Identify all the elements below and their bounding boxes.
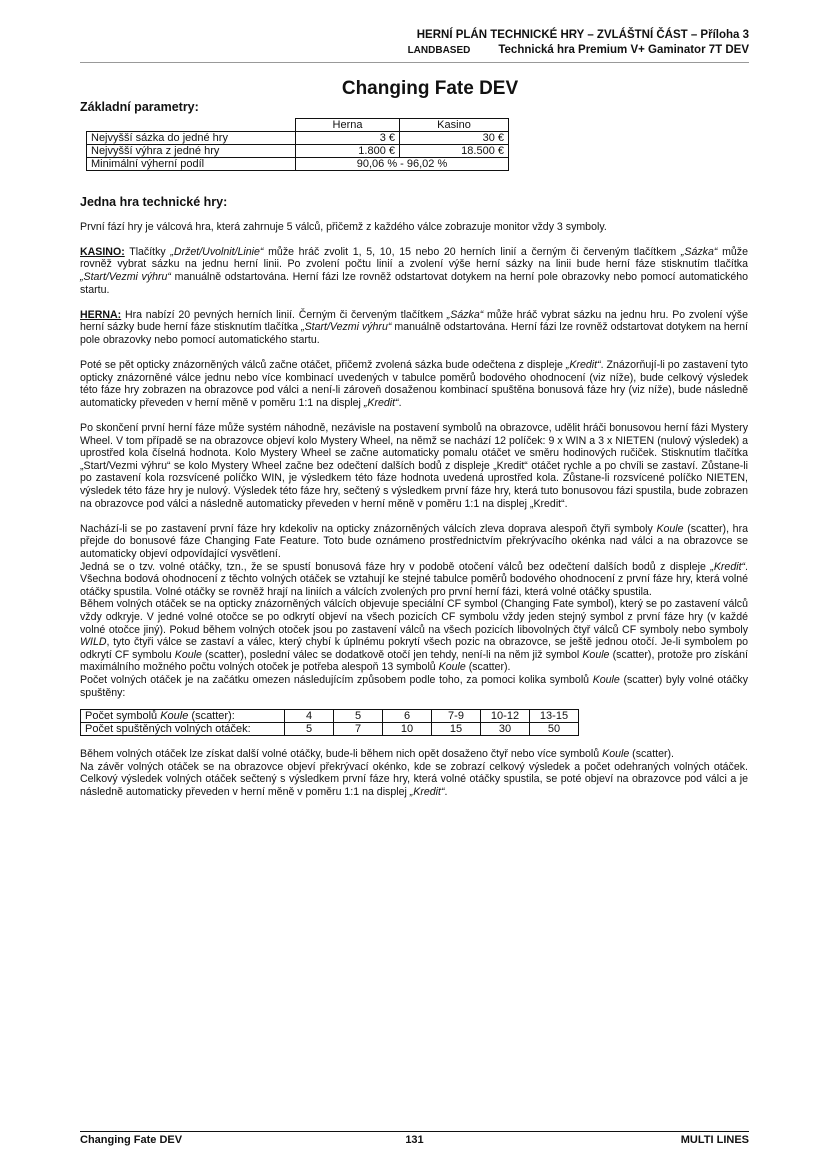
- footer-divider: [80, 1131, 749, 1132]
- paragraph-free-spins: Jedná se o tzv. volné otáčky, tzn., že s…: [80, 561, 748, 599]
- page-header: HERNÍ PLÁN TECHNICKÉ HRY – ZVLÁŠTNÍ ČÁST…: [408, 28, 749, 58]
- document-title: Changing Fate DEV: [0, 78, 827, 100]
- header-landbased: LANDBASED: [408, 43, 471, 58]
- col-kasino: Kasino: [400, 119, 509, 132]
- table-row: Počet spuštěných volných otáček: 5 7 10 …: [81, 723, 579, 736]
- paragraph-scatter: Nachází-li se po zastavení první fáze hr…: [80, 523, 748, 561]
- paragraph-intro: První fází hry je válcová hra, která zah…: [80, 221, 748, 234]
- params-heading: Základní parametry:: [80, 100, 199, 114]
- main-content: Jedna hra technické hry: První fází hry …: [80, 196, 748, 799]
- paragraph-mystery-wheel: Po skončení první herní fáze může systém…: [80, 422, 748, 510]
- paragraph-spin-count: Počet volných otáček je na začátku omeze…: [80, 674, 748, 699]
- page-number: 131: [303, 1134, 526, 1146]
- header-subtitle: Technická hra Premium V+ Gaminator 7T DE…: [498, 43, 749, 58]
- footer-category: MULTI LINES: [526, 1134, 749, 1146]
- paragraph-herna: HERNA: Hra nabízí 20 pevných herních lin…: [80, 309, 748, 347]
- table-row: Nejvyšší výhra z jedné hry 1.800 € 18.50…: [87, 145, 509, 158]
- col-herna: Herna: [296, 119, 400, 132]
- header-title: HERNÍ PLÁN TECHNICKÉ HRY – ZVLÁŠTNÍ ČÁST…: [408, 28, 749, 43]
- section-heading: Jedna hra technické hry:: [80, 196, 748, 209]
- table-row: Nejvyšší sázka do jedné hry 3 € 30 €: [87, 132, 509, 145]
- paragraph-kasino: KASINO: Tlačítky „Držet/Uvolnit/Linie“ m…: [80, 246, 748, 296]
- paragraph-cf-symbol: Během volných otáček se na opticky znázo…: [80, 598, 748, 674]
- paragraph-reels: Poté se pět opticky znázorněných válců z…: [80, 359, 748, 409]
- table-row: Počet symbolů Koule (scatter): 4 5 6 7-9…: [81, 710, 579, 723]
- footer-game-name: Changing Fate DEV: [80, 1134, 303, 1146]
- basic-parameters-table: Herna Kasino Nejvyšší sázka do jedné hry…: [86, 118, 509, 171]
- paragraph-end: Na závěr volných otáček se na obrazovce …: [80, 761, 748, 799]
- table-row: Minimální výherní podíl 90,06 % - 96,02 …: [87, 158, 509, 171]
- header-divider: [80, 62, 749, 63]
- paragraph-retrigger: Během volných otáček lze získat další vo…: [80, 748, 748, 761]
- free-spins-table: Počet symbolů Koule (scatter): 4 5 6 7-9…: [80, 709, 579, 736]
- page-footer: Changing Fate DEV 131 MULTI LINES: [80, 1134, 749, 1146]
